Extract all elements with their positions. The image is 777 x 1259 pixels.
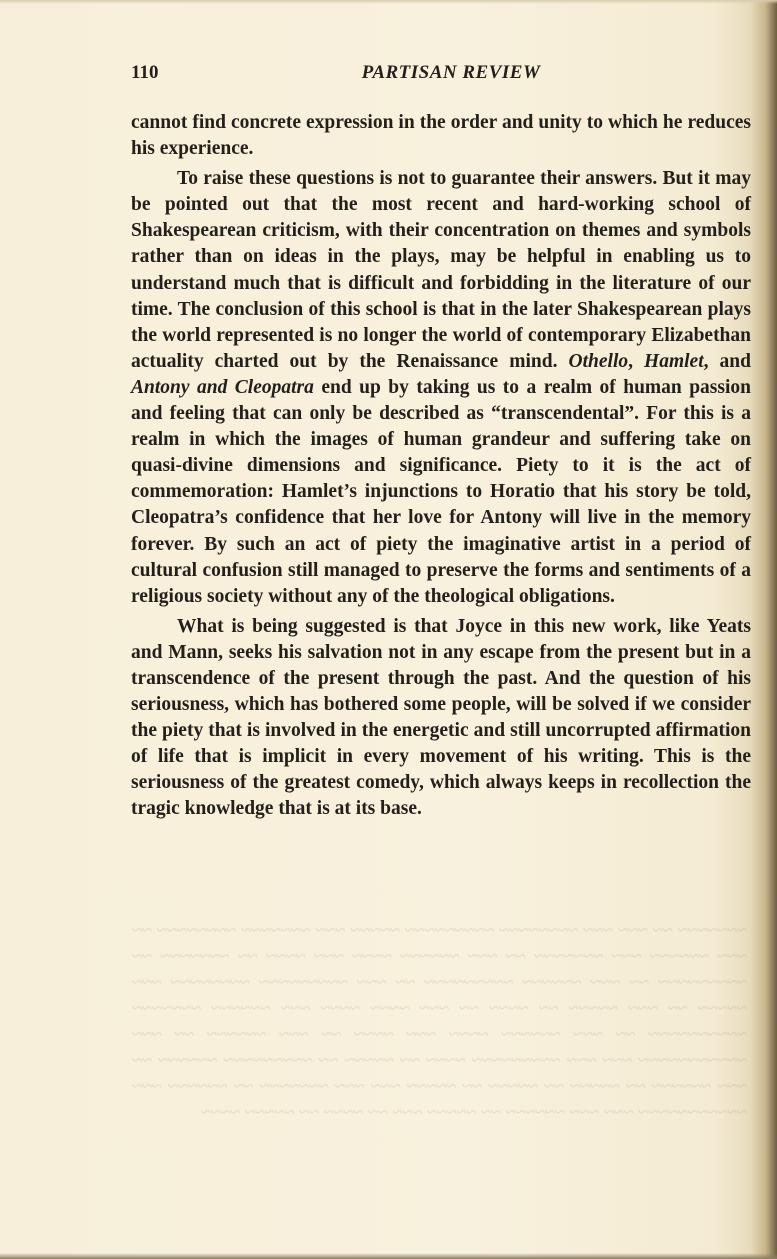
text-segment: , and xyxy=(704,351,751,372)
running-header: 110 PARTISAN REVIEW xyxy=(131,62,751,86)
running-title: PARTISAN REVIEW xyxy=(131,62,751,84)
text-segment: , xyxy=(628,351,644,372)
text-segment: What is being suggested is that Joyce in… xyxy=(131,616,751,820)
play-title-hamlet: Hamlet xyxy=(644,351,704,372)
play-title-othello: Othello xyxy=(569,351,629,372)
page-bottom-edge xyxy=(0,1253,777,1259)
scanned-page: 110 PARTISAN REVIEW cannot find concrete… xyxy=(0,0,777,1259)
text-segment: cannot find concrete expression in the o… xyxy=(131,112,751,159)
page-top-edge xyxy=(0,0,777,4)
text-segment: end up by taking us to a realm of human … xyxy=(131,377,751,607)
play-title-antony-and-cleopatra: Antony and Cleopatra xyxy=(131,377,314,398)
paragraph-1: cannot find concrete expression in the o… xyxy=(131,110,751,162)
bleed-through-text: ~~~~~~~ ~~ ~~~ ~~~ ~~~~~~~~ ~~~~~~~~~ ~~… xyxy=(132,918,747,1126)
paragraph-3: What is being suggested is that Joyce in… xyxy=(131,614,751,823)
paragraph-2: To raise these questions is not to guara… xyxy=(131,166,751,610)
body-text: cannot find concrete expression in the o… xyxy=(131,110,751,823)
text-segment: To raise these questions is not to guara… xyxy=(131,168,751,372)
